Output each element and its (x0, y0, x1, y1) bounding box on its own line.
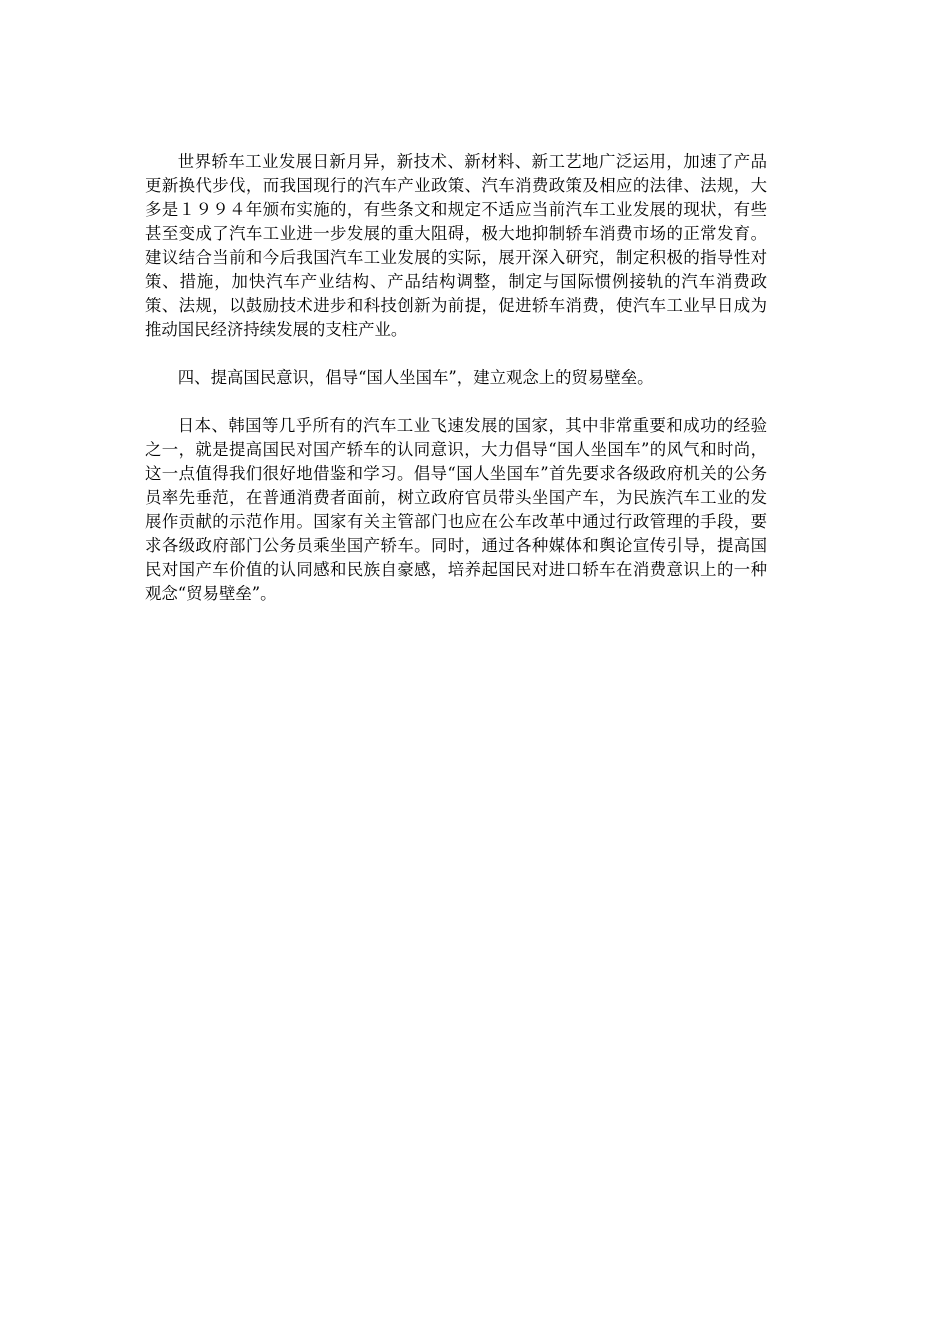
paragraph-buy-domestic: 日本、韩国等几乎所有的汽车工业飞速发展的国家，其中非常重要和成功的经验之一，就是… (145, 414, 767, 606)
paragraph-policy-reform: 世界轿车工业发展日新月异，新技术、新材料、新工艺地广泛运用，加速了产品更新换代步… (145, 150, 767, 342)
document-page: 世界轿车工业发展日新月异，新技术、新材料、新工艺地广泛运用，加速了产品更新换代步… (145, 150, 767, 606)
section-heading-national-awareness: 四、提高国民意识，倡导“国人坐国车”，建立观念上的贸易壁垒。 (145, 366, 767, 390)
